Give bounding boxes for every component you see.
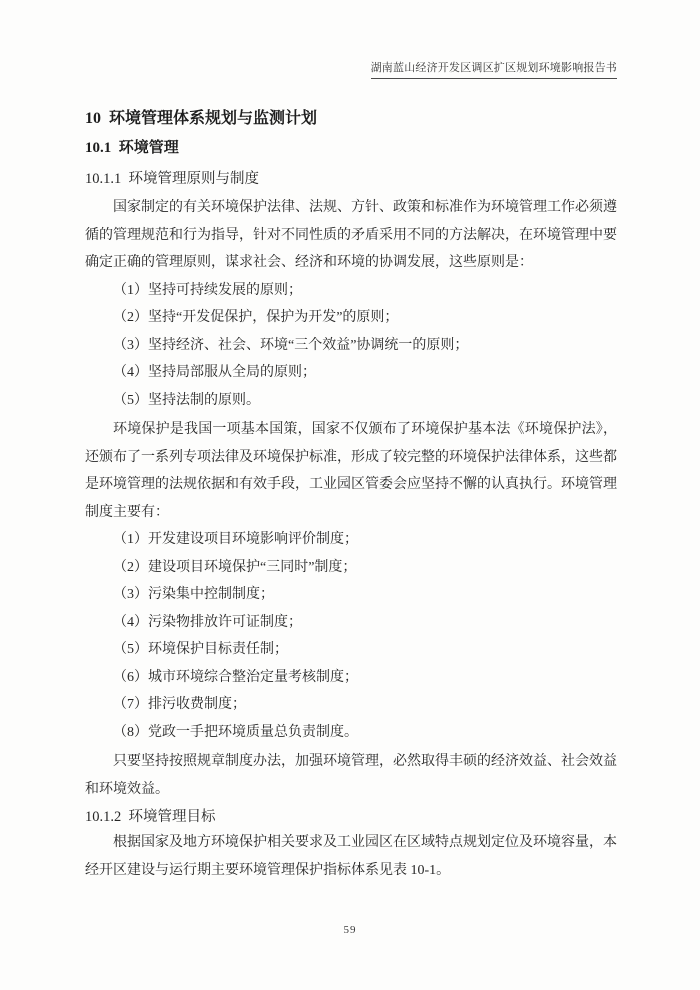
- subsubsection-heading-10-1-2: 10.1.2 环境管理目标: [85, 807, 617, 827]
- systems-list-item-8: （8）党政一手把环境质量总负责制度。: [85, 719, 617, 747]
- principles-list-item-3: （3）坚持经济、社会、环境“三个效益”协调统一的原则；: [85, 332, 617, 360]
- subsection-heading-10-1: 10.1 环境管理: [85, 138, 617, 159]
- document-content: 10 环境管理体系规划与监测计划 10.1 环境管理 10.1.1 环境管理原则…: [85, 108, 617, 884]
- principles-list-item-5: （5）坚持法制的原则。: [85, 387, 617, 415]
- page-number: 59: [344, 924, 357, 936]
- systems-list-item-3: （3）污染集中控制制度；: [85, 581, 617, 609]
- paragraph-principles-intro: 国家制定的有关环境保护法律、法规、方针、政策和标准作为环境管理工作必须遵循的管理…: [85, 194, 617, 277]
- page-footer: 59: [0, 920, 700, 938]
- systems-list-item-2: （2）建设项目环境保护“三同时”制度；: [85, 554, 617, 582]
- paragraph-legal-system: 环境保护是我国一项基本国策，国家不仅颁布了环境保护基本法《环境保护法》，还颁布了…: [85, 416, 617, 526]
- principles-list-item-1: （1）坚持可持续发展的原则；: [85, 277, 617, 305]
- principles-list-item-4: （4）坚持局部服从全局的原则；: [85, 359, 617, 387]
- systems-list-item-4: （4）污染物排放许可证制度；: [85, 609, 617, 637]
- section-heading-10: 10 环境管理体系规划与监测计划: [85, 108, 617, 130]
- systems-list-item-6: （6）城市环境综合整治定量考核制度；: [85, 664, 617, 692]
- page-header: 湖南蓝山经济开发区调区扩区规划环境影响报告书: [371, 58, 617, 79]
- systems-list-item-1: （1）开发建设项目环境影响评价制度；: [85, 526, 617, 554]
- subsubsection-heading-10-1-1: 10.1.1 环境管理原则与制度: [85, 169, 617, 189]
- paragraph-benefits: 只要坚持按照规章制度办法，加强环境管理，必然取得丰硕的经济效益、社会效益和环境效…: [85, 748, 617, 803]
- systems-list-item-7: （7）排污收费制度；: [85, 691, 617, 719]
- paragraph-management-goals: 根据国家及地方环境保护相关要求及工业园区在区域特点规划定位及环境容量，本经开区建…: [85, 829, 617, 884]
- systems-list-item-5: （5）环境保护目标责任制；: [85, 636, 617, 664]
- principles-list-item-2: （2）坚持“开发促保护，保护为开发”的原则；: [85, 304, 617, 332]
- header-running-title: 湖南蓝山经济开发区调区扩区规划环境影响报告书: [371, 59, 617, 79]
- principles-list: （1）坚持可持续发展的原则； （2）坚持“开发促保护，保护为开发”的原则； （3…: [85, 277, 617, 415]
- document-page: 湖南蓝山经济开发区调区扩区规划环境影响报告书 10 环境管理体系规划与监测计划 …: [0, 0, 700, 990]
- management-systems-list: （1）开发建设项目环境影响评价制度； （2）建设项目环境保护“三同时”制度； （…: [85, 526, 617, 746]
